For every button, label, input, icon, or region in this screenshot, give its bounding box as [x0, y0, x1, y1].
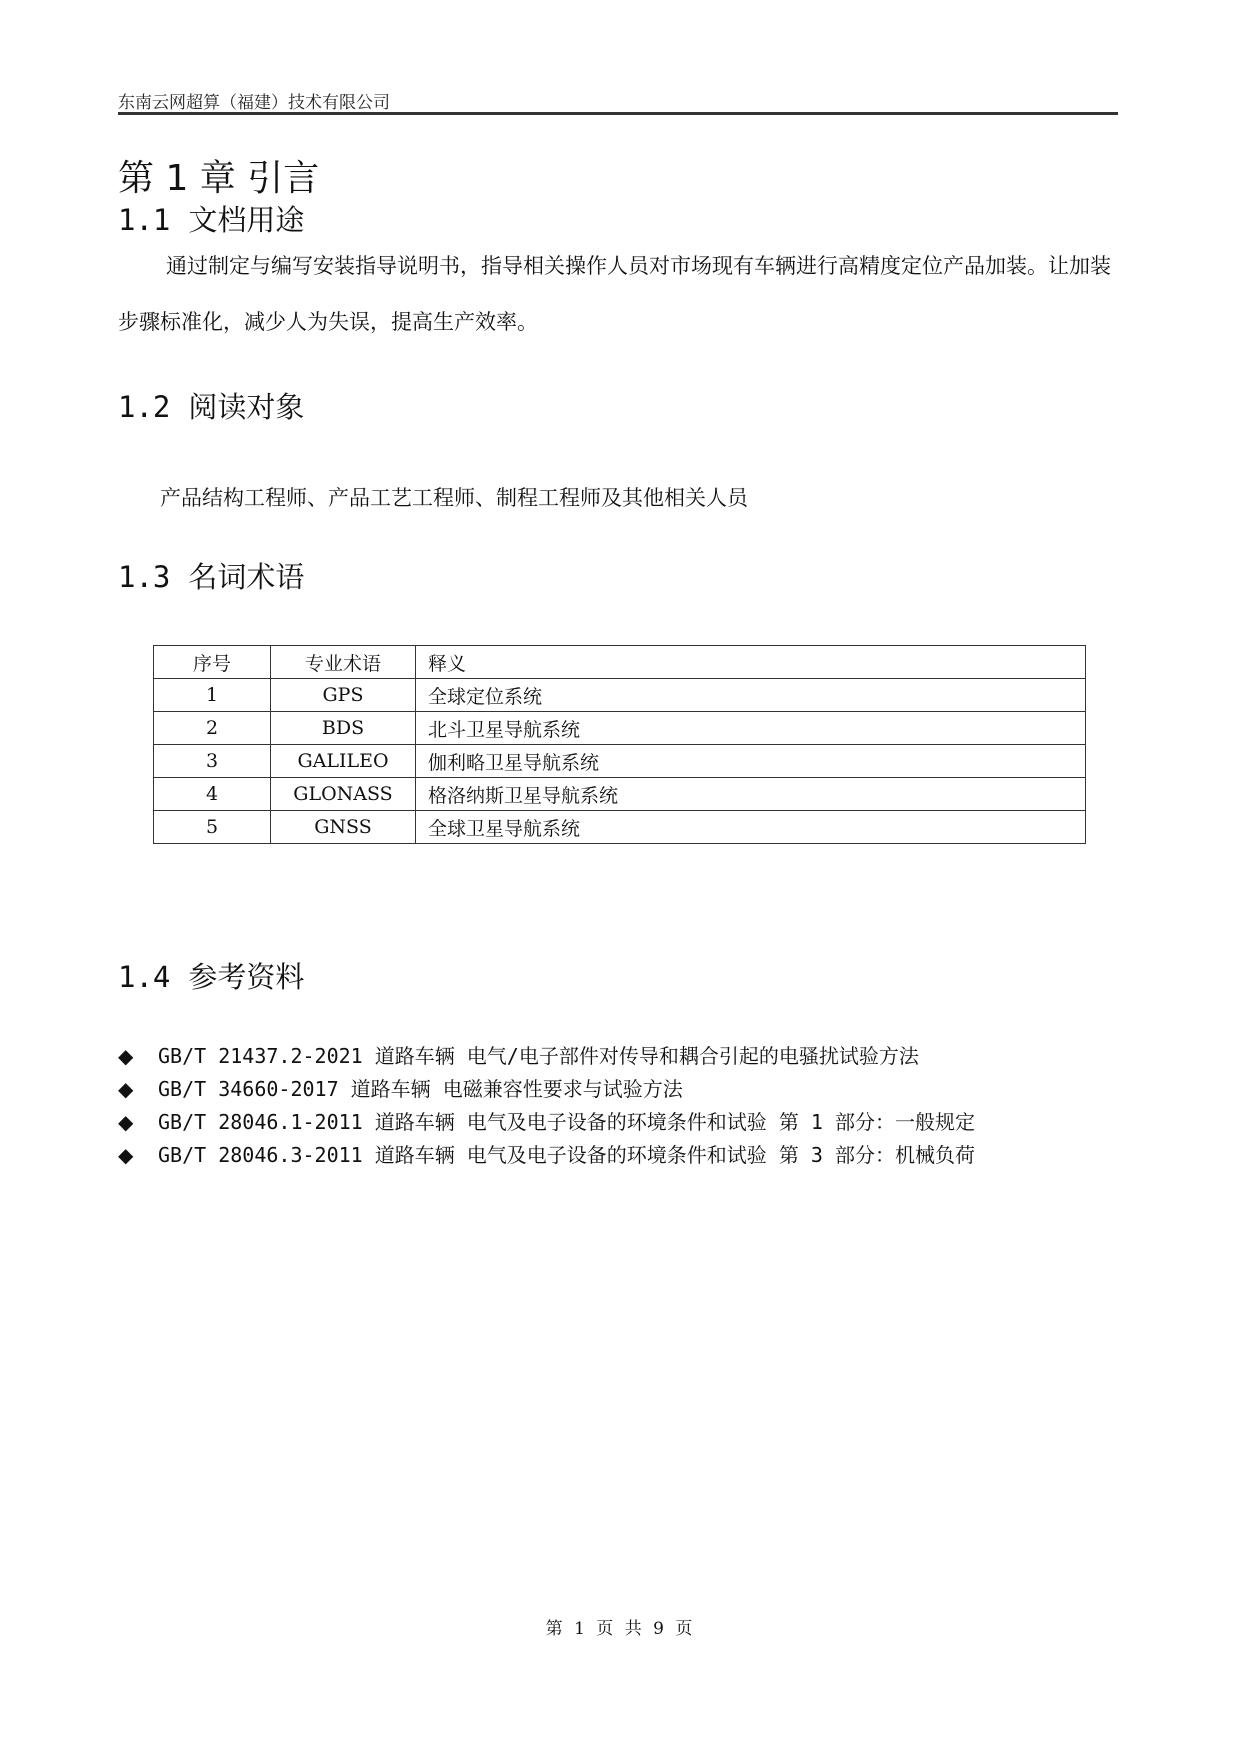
section-number: 1.2 — [118, 390, 170, 424]
chapter-title: 第 1 章 引言 — [118, 150, 319, 201]
list-item: ◆GB/T 28046.1-2011 道路车辆 电气及电子设备的环境条件和试验 … — [118, 1106, 975, 1139]
section-number: 1.1 — [118, 203, 170, 237]
cell-index: 4 — [154, 778, 271, 811]
section-1-2-body: 产品结构工程师、产品工艺工程师、制程工程师及其他相关人员 — [160, 482, 748, 512]
cell-term: GLONASS — [271, 778, 416, 811]
page-number-footer: 第 1 页 共 9 页 — [0, 1614, 1241, 1639]
list-item: ◆GB/T 21437.2-2021 道路车辆 电气/电子部件对传导和耦合引起的… — [118, 1040, 975, 1073]
reference-text: GB/T 28046.1-2011 道路车辆 电气及电子设备的环境条件和试验 第… — [158, 1110, 975, 1134]
cell-term: GNSS — [271, 811, 416, 844]
header-divider — [118, 112, 1118, 115]
cell-definition: 全球定位系统 — [416, 679, 1086, 712]
running-header-company: 东南云网超算（福建）技术有限公司 — [118, 88, 390, 113]
table-row: 4 GLONASS 格洛纳斯卫星导航系统 — [154, 778, 1086, 811]
diamond-bullet-icon: ◆ — [118, 1139, 158, 1172]
section-heading-1-2: 1.2阅读对象 — [118, 385, 304, 426]
section-heading-1-1: 1.1文档用途 — [118, 198, 304, 239]
section-heading-1-4: 1.4参考资料 — [118, 955, 304, 996]
table-row: 5 GNSS 全球卫星导航系统 — [154, 811, 1086, 844]
cell-term: GPS — [271, 679, 416, 712]
cell-index: 5 — [154, 811, 271, 844]
cell-definition: 格洛纳斯卫星导航系统 — [416, 778, 1086, 811]
reference-list: ◆GB/T 21437.2-2021 道路车辆 电气/电子部件对传导和耦合引起的… — [118, 1040, 975, 1172]
diamond-bullet-icon: ◆ — [118, 1073, 158, 1106]
section-1-1-body: 通过制定与编写安装指导说明书，指导相关操作人员对市场现有车辆进行高精度定位产品加… — [118, 238, 1118, 350]
diamond-bullet-icon: ◆ — [118, 1106, 158, 1139]
cell-index: 1 — [154, 679, 271, 712]
section-title-text: 文档用途 — [188, 203, 304, 237]
section-number: 1.4 — [118, 960, 170, 994]
section-title-text: 名词术语 — [188, 560, 304, 594]
column-header-definition: 释义 — [416, 646, 1086, 679]
terms-table: 序号 专业术语 释义 1 GPS 全球定位系统 2 BDS 北斗卫星导航系统 3… — [153, 645, 1086, 844]
table-header-row: 序号 专业术语 释义 — [154, 646, 1086, 679]
column-header-term: 专业术语 — [271, 646, 416, 679]
list-item: ◆GB/T 34660-2017 道路车辆 电磁兼容性要求与试验方法 — [118, 1073, 975, 1106]
section-number: 1.3 — [118, 560, 170, 594]
cell-term: BDS — [271, 712, 416, 745]
cell-term: GALILEO — [271, 745, 416, 778]
table-row: 2 BDS 北斗卫星导航系统 — [154, 712, 1086, 745]
reference-text: GB/T 21437.2-2021 道路车辆 电气/电子部件对传导和耦合引起的电… — [158, 1044, 919, 1068]
cell-index: 3 — [154, 745, 271, 778]
section-heading-1-3: 1.3名词术语 — [118, 555, 304, 596]
section-title-text: 参考资料 — [188, 960, 304, 994]
table-row: 1 GPS 全球定位系统 — [154, 679, 1086, 712]
list-item: ◆GB/T 28046.3-2011 道路车辆 电气及电子设备的环境条件和试验 … — [118, 1139, 975, 1172]
section-title-text: 阅读对象 — [188, 390, 304, 424]
reference-text: GB/T 34660-2017 道路车辆 电磁兼容性要求与试验方法 — [158, 1077, 683, 1101]
diamond-bullet-icon: ◆ — [118, 1040, 158, 1073]
table-row: 3 GALILEO 伽利略卫星导航系统 — [154, 745, 1086, 778]
cell-definition: 全球卫星导航系统 — [416, 811, 1086, 844]
cell-definition: 伽利略卫星导航系统 — [416, 745, 1086, 778]
column-header-index: 序号 — [154, 646, 271, 679]
cell-index: 2 — [154, 712, 271, 745]
cell-definition: 北斗卫星导航系统 — [416, 712, 1086, 745]
reference-text: GB/T 28046.3-2011 道路车辆 电气及电子设备的环境条件和试验 第… — [158, 1143, 975, 1167]
